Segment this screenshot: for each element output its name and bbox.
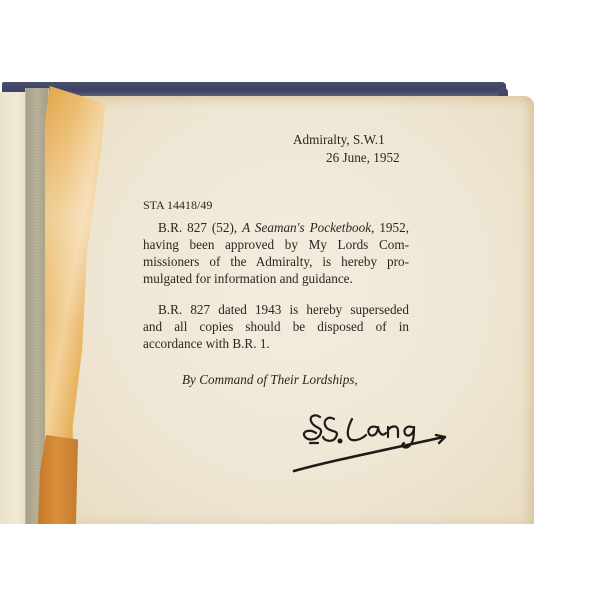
reference-number: STA 14418/49	[143, 197, 212, 214]
aged-tape-lower	[38, 435, 78, 524]
paragraph-approval: B.R. 827 (52), A Seaman's Pocketbook, 19…	[143, 219, 409, 287]
paragraph-line: and all copies should be disposed of in	[143, 318, 409, 335]
paragraph-line: B.R. 827 (52), A Seaman's Pocketbook, 19…	[143, 219, 409, 236]
book-cover-edge	[2, 82, 506, 96]
paragraph-line: accordance with B.R. 1.	[143, 335, 409, 352]
paragraph-line: B.R. 827 dated 1943 is hereby superseded	[143, 301, 409, 318]
paragraph-line: missioners of the Admiralty, is hereby p…	[143, 253, 409, 270]
closing-line: By Command of Their Lordships,	[182, 371, 358, 388]
endpaper-left	[0, 92, 28, 524]
paragraph-line: mulgated for information and guidance.	[143, 270, 409, 287]
signature: J. G. Lang	[290, 405, 455, 477]
paragraph-line: having been approved by My Lords Com-	[143, 236, 409, 253]
header-address: Admiralty, S.W.1	[293, 131, 385, 148]
book-photo: Admiralty, S.W.1 26 June, 1952 STA 14418…	[0, 0, 600, 600]
header-date: 26 June, 1952	[326, 149, 400, 166]
paragraph-superseded: B.R. 827 dated 1943 is hereby superseded…	[143, 301, 409, 352]
